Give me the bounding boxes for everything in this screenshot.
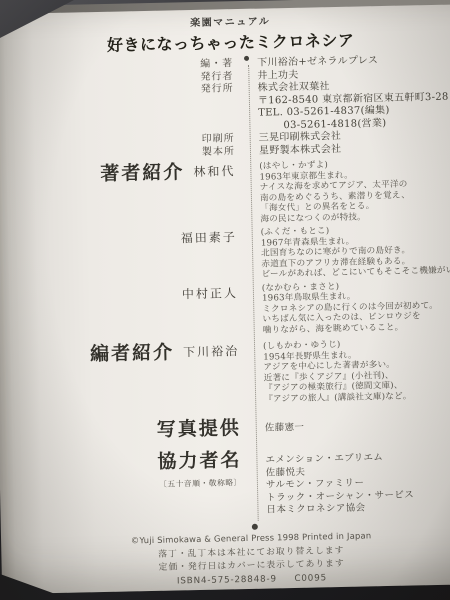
- colophon-page: 楽園マニュアル 好きになっちゃったミクロネシア 編・著 下川裕治+ゼネラルプレス…: [0, 4, 450, 594]
- photo-credit-value: 佐藤憲一: [250, 413, 450, 436]
- text-line: 佐藤憲一: [265, 418, 450, 436]
- author-profiles: 著者紹介 林和代 (はやし・かずよ)1963年東京都生まれ。ナイスな海を求めてア…: [0, 156, 450, 411]
- cooperation-note: 〔五十音順・敬称略〕: [0, 477, 242, 493]
- author-profile-row: 中村正人 (なかむら・まさと)1963年鳥取県生まれ。ミクロネシアの島に行くのは…: [0, 277, 450, 341]
- photo-credit-row: 写真提供 佐藤憲一: [0, 413, 450, 445]
- editor-section-heading: 編者紹介: [90, 342, 174, 365]
- photo-credit-heading: 写真提供: [157, 418, 241, 441]
- cooperation-label: 協力者名 〔五十音順・敬称略〕: [0, 450, 251, 493]
- profile-label: 中村正人: [0, 282, 247, 304]
- publication-value: 株式会社双葉社〒162-8540 東京都新宿区東五軒町3-28TEL. 03-5…: [243, 78, 450, 133]
- profile-label: 福田素子: [0, 227, 246, 249]
- photo-credit-label: 写真提供: [0, 418, 250, 444]
- author-name: 中村正人: [182, 283, 238, 301]
- colophon-content: 編・著 下川裕治+ゼネラルプレス 発行者 井上功夫 発行所 株式会社双葉社〒16…: [0, 53, 450, 523]
- c-code: C0095: [294, 573, 327, 584]
- author-profile-row: 福田素子 (ふくだ・もとこ)1967年青森県生まれ。北国育ちなのに寒がりで南の島…: [0, 222, 450, 286]
- isbn-number: ISBN4-575-28848-9: [177, 574, 277, 586]
- editor-profile-row: 編者紹介 下川裕治 (しもかわ・ゆうじ)1954年長野県生まれ。アジアを中心にし…: [0, 336, 450, 411]
- title-block: 楽園マニュアル 好きになっちゃったミクロネシア: [0, 8, 450, 58]
- author-bio: (はやし・かずよ)1963年東京都生まれ。ナイスな海を求めてアジア、太平洋の南の…: [244, 156, 450, 225]
- footer: ©Yuji Simokawa & General Press 1998 Prin…: [1, 528, 450, 592]
- author-bio: (ふくだ・もとこ)1967年青森県生まれ。北国育ちなのに寒がりで南の島好き。赤道…: [246, 222, 450, 281]
- author-name: 林和代: [193, 161, 235, 179]
- profile-label: 著者紹介 林和代: [0, 161, 245, 187]
- editor-name: 下川裕治: [183, 341, 239, 359]
- cooperation-heading: 協力者名: [0, 450, 242, 476]
- cooperation-row: 協力者名 〔五十音順・敬称略〕 エメンション・エブリエム佐藤悦夫サルモン・ファミ…: [0, 445, 450, 523]
- publication-info: 編・著 下川裕治+ゼネラルプレス 発行者 井上功夫 発行所 株式会社双葉社〒16…: [0, 53, 450, 164]
- editor-bio: (しもかわ・ゆうじ)1954年長野県生まれ。アジアを中心にした著書が多い。近著に…: [248, 336, 450, 405]
- author-profile-row: 著者紹介 林和代 (はやし・かずよ)1963年東京都生まれ。ナイスな海を求めてア…: [0, 156, 450, 231]
- divider-dot-bottom: [252, 524, 258, 530]
- cooperation-value: エメンション・エブリエム佐藤悦夫サルモン・ファミリートラック・オーシャン・サービ…: [250, 445, 450, 518]
- author-name: 福田素子: [181, 227, 237, 245]
- credits-section: 写真提供 佐藤憲一 協力者名 〔五十音順・敬称略〕 エメンション・エブリエム佐藤…: [0, 413, 450, 523]
- book-colophon-photo: 楽園マニュアル 好きになっちゃったミクロネシア 編・著 下川裕治+ゼネラルプレス…: [0, 0, 450, 600]
- authors-section-heading: 著者紹介: [100, 162, 184, 185]
- profile-label: 編者紹介 下川裕治: [0, 341, 248, 367]
- author-bio: (なかむら・まさと)1963年鳥取県生まれ。ミクロネシアの島に行くのは今回が初め…: [247, 277, 450, 336]
